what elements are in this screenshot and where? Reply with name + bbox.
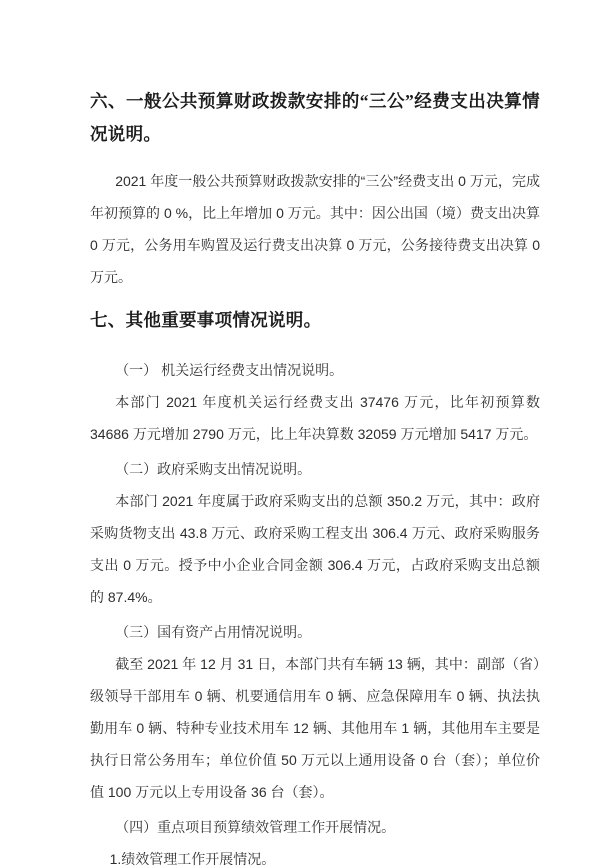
numbered-10: 1.绩效管理工作开展情况。 xyxy=(90,843,540,868)
heading-0: 六、一般公共预算财政拨款安排的“三公”经费支出决算情况说明。 xyxy=(90,85,540,151)
subheading-3: （一） 机关运行经费支出情况说明。 xyxy=(90,354,540,386)
paragraph-8: 截至 2021 年 12 月 31 日，本部门共有车辆 13 辆，其中：副部（省… xyxy=(90,648,540,808)
document-page: 六、一般公共预算财政拨款安排的“三公”经费支出决算情况说明。2021 年度一般公… xyxy=(0,0,600,868)
subheading-7: （三）国有资产占用情况说明。 xyxy=(90,616,540,648)
paragraph-1: 2021 年度一般公共预算财政拨款安排的“三公”经费支出 0 万元，完成年初预算… xyxy=(90,165,540,293)
document-body: 六、一般公共预算财政拨款安排的“三公”经费支出决算情况说明。2021 年度一般公… xyxy=(90,85,540,868)
paragraph-6: 本部门 2021 年度属于政府采购支出的总额 350.2 万元，其中：政府采购货… xyxy=(90,485,540,613)
subheading-9: （四）重点项目预算绩效管理工作开展情况。 xyxy=(90,811,540,843)
heading-2: 七、其他重要事项情况说明。 xyxy=(90,304,540,337)
subheading-5: （二）政府采购支出情况说明。 xyxy=(90,453,540,485)
paragraph-4: 本部门 2021 年度机关运行经费支出 37476 万元，比年初预算数 3468… xyxy=(90,386,540,450)
